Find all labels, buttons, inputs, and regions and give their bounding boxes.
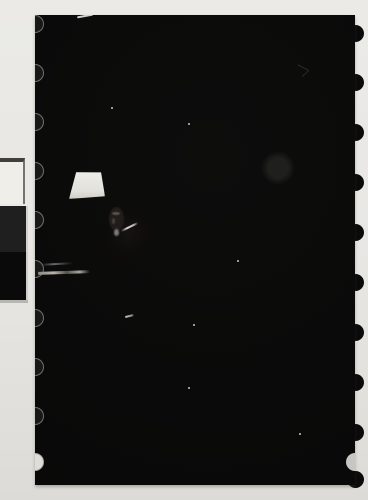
- sprocket-notch: [35, 309, 44, 327]
- sprocket-notch: [35, 162, 44, 180]
- top-edge-nick: [77, 15, 93, 18]
- sprocket-notch: [35, 211, 44, 229]
- dust-speck-dash: [125, 314, 134, 318]
- scratch-streak-bright: [38, 270, 90, 275]
- sprocket-notch: [35, 260, 44, 278]
- lampshade-highlight: [69, 172, 105, 199]
- sprocket-notch: [35, 64, 44, 82]
- strip-patch-white: [0, 158, 25, 204]
- film-negative-frame: [35, 15, 355, 485]
- negative-scan-page: [0, 0, 368, 500]
- strip-patch-gray: [0, 206, 28, 252]
- dust-speck: [237, 260, 239, 262]
- corner-notch-white: [346, 453, 355, 471]
- dust-speck: [193, 324, 195, 326]
- strip-patch-black: [0, 252, 28, 300]
- scratch-streak-dim: [41, 262, 73, 266]
- sprocket-notch-white: [35, 453, 44, 471]
- figure-silhouette: [93, 197, 163, 269]
- dust-speck: [111, 107, 113, 109]
- dust-speck: [188, 123, 190, 125]
- sprocket-notch: [35, 358, 44, 376]
- y-scratch-mark: [302, 70, 309, 77]
- figure-cheek-highlight: [112, 218, 115, 224]
- sprocket-notch: [35, 407, 44, 425]
- sprocket-notch: [35, 15, 44, 33]
- dust-speck: [188, 387, 190, 389]
- figure-chest-highlight: [114, 229, 119, 236]
- strip-bottom-edge: [0, 300, 28, 303]
- figure-brow-highlight: [112, 212, 120, 215]
- sprocket-notch: [35, 113, 44, 131]
- dust-speck: [299, 433, 301, 435]
- calibration-strip: [0, 158, 29, 304]
